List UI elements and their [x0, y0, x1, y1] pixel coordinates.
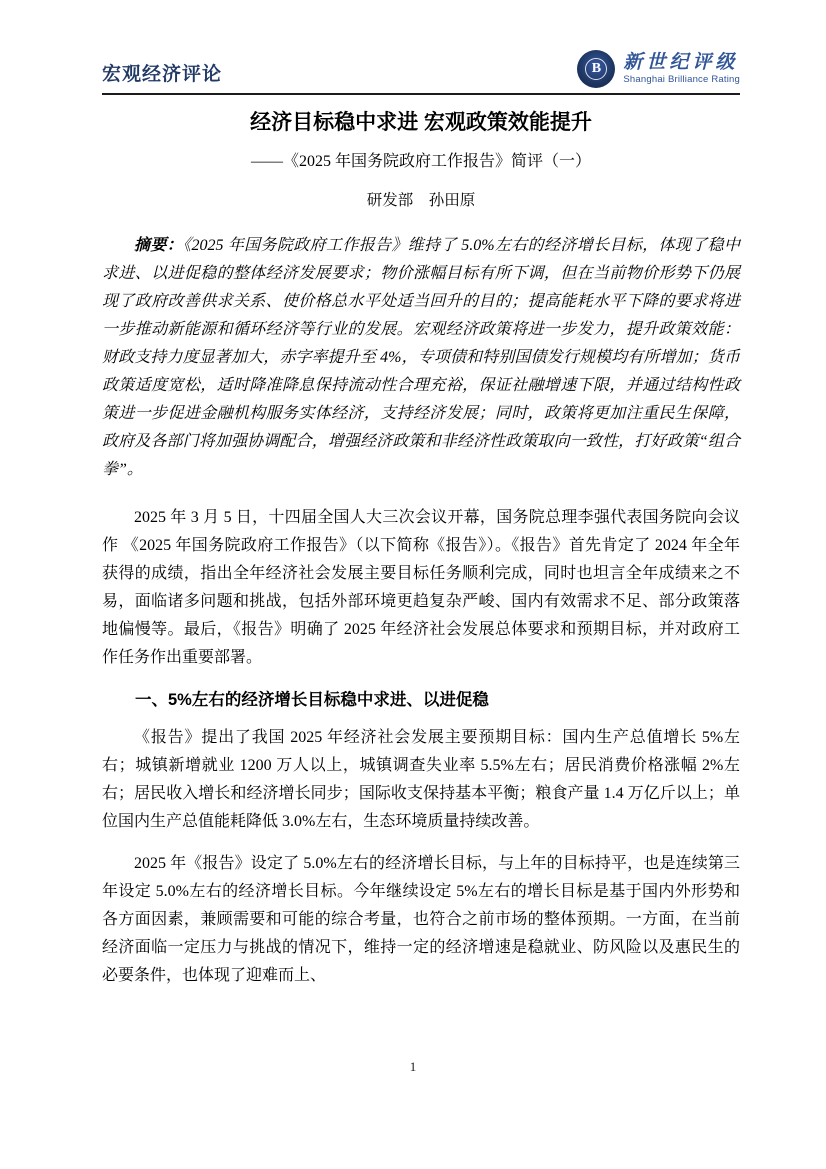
page-number: 1 — [410, 1059, 417, 1074]
seal-letter: B — [585, 58, 607, 80]
brand-name-chinese: 新世纪评级 — [623, 52, 740, 74]
brilliance-seal-icon: B — [577, 50, 615, 88]
page-footer: 1 — [0, 1058, 826, 1076]
page-header: 宏观经济评论 B 新世纪评级 Shanghai Brilliance Ratin… — [102, 0, 740, 95]
paragraph-growth-target: 2025 年《报告》设定了 5.0%左右的经济增长目标，与上年的目标持平，也是连… — [102, 850, 740, 990]
abstract-text: 《2025 年国务院政府工作报告》维持了 5.0%左右的经济增长目标，体现了稳中… — [102, 237, 740, 478]
brand-logo: B 新世纪评级 Shanghai Brilliance Rating — [577, 50, 740, 88]
paragraph-intro: 2025 年 3 月 5 日，十四届全国人大三次会议开幕，国务院总理李强代表国务… — [102, 504, 740, 672]
article-byline: 研发部 孙田原 — [102, 190, 740, 212]
article-subtitle: ——《2025 年国务院政府工作报告》简评（一） — [102, 150, 740, 174]
paragraph-targets: 《报告》提出了我国 2025 年经济社会发展主要预期目标：国内生产总值增长 5%… — [102, 724, 740, 836]
article-body: 经济目标稳中求进 宏观政策效能提升 ——《2025 年国务院政府工作报告》简评（… — [102, 108, 740, 990]
section1-heading: 一、5%左右的经济增长目标稳中求进、以进促稳 — [102, 688, 740, 712]
brand-text: 新世纪评级 Shanghai Brilliance Rating — [623, 52, 740, 87]
document-page: 宏观经济评论 B 新世纪评级 Shanghai Brilliance Ratin… — [0, 0, 826, 1169]
brand-name-english: Shanghai Brilliance Rating — [623, 75, 740, 86]
abstract-paragraph: 摘要：《2025 年国务院政府工作报告》维持了 5.0%左右的经济增长目标，体现… — [102, 232, 740, 484]
article-title: 经济目标稳中求进 宏观政策效能提升 — [102, 108, 740, 138]
abstract-label: 摘要： — [134, 237, 183, 254]
column-title: 宏观经济评论 — [102, 59, 222, 88]
